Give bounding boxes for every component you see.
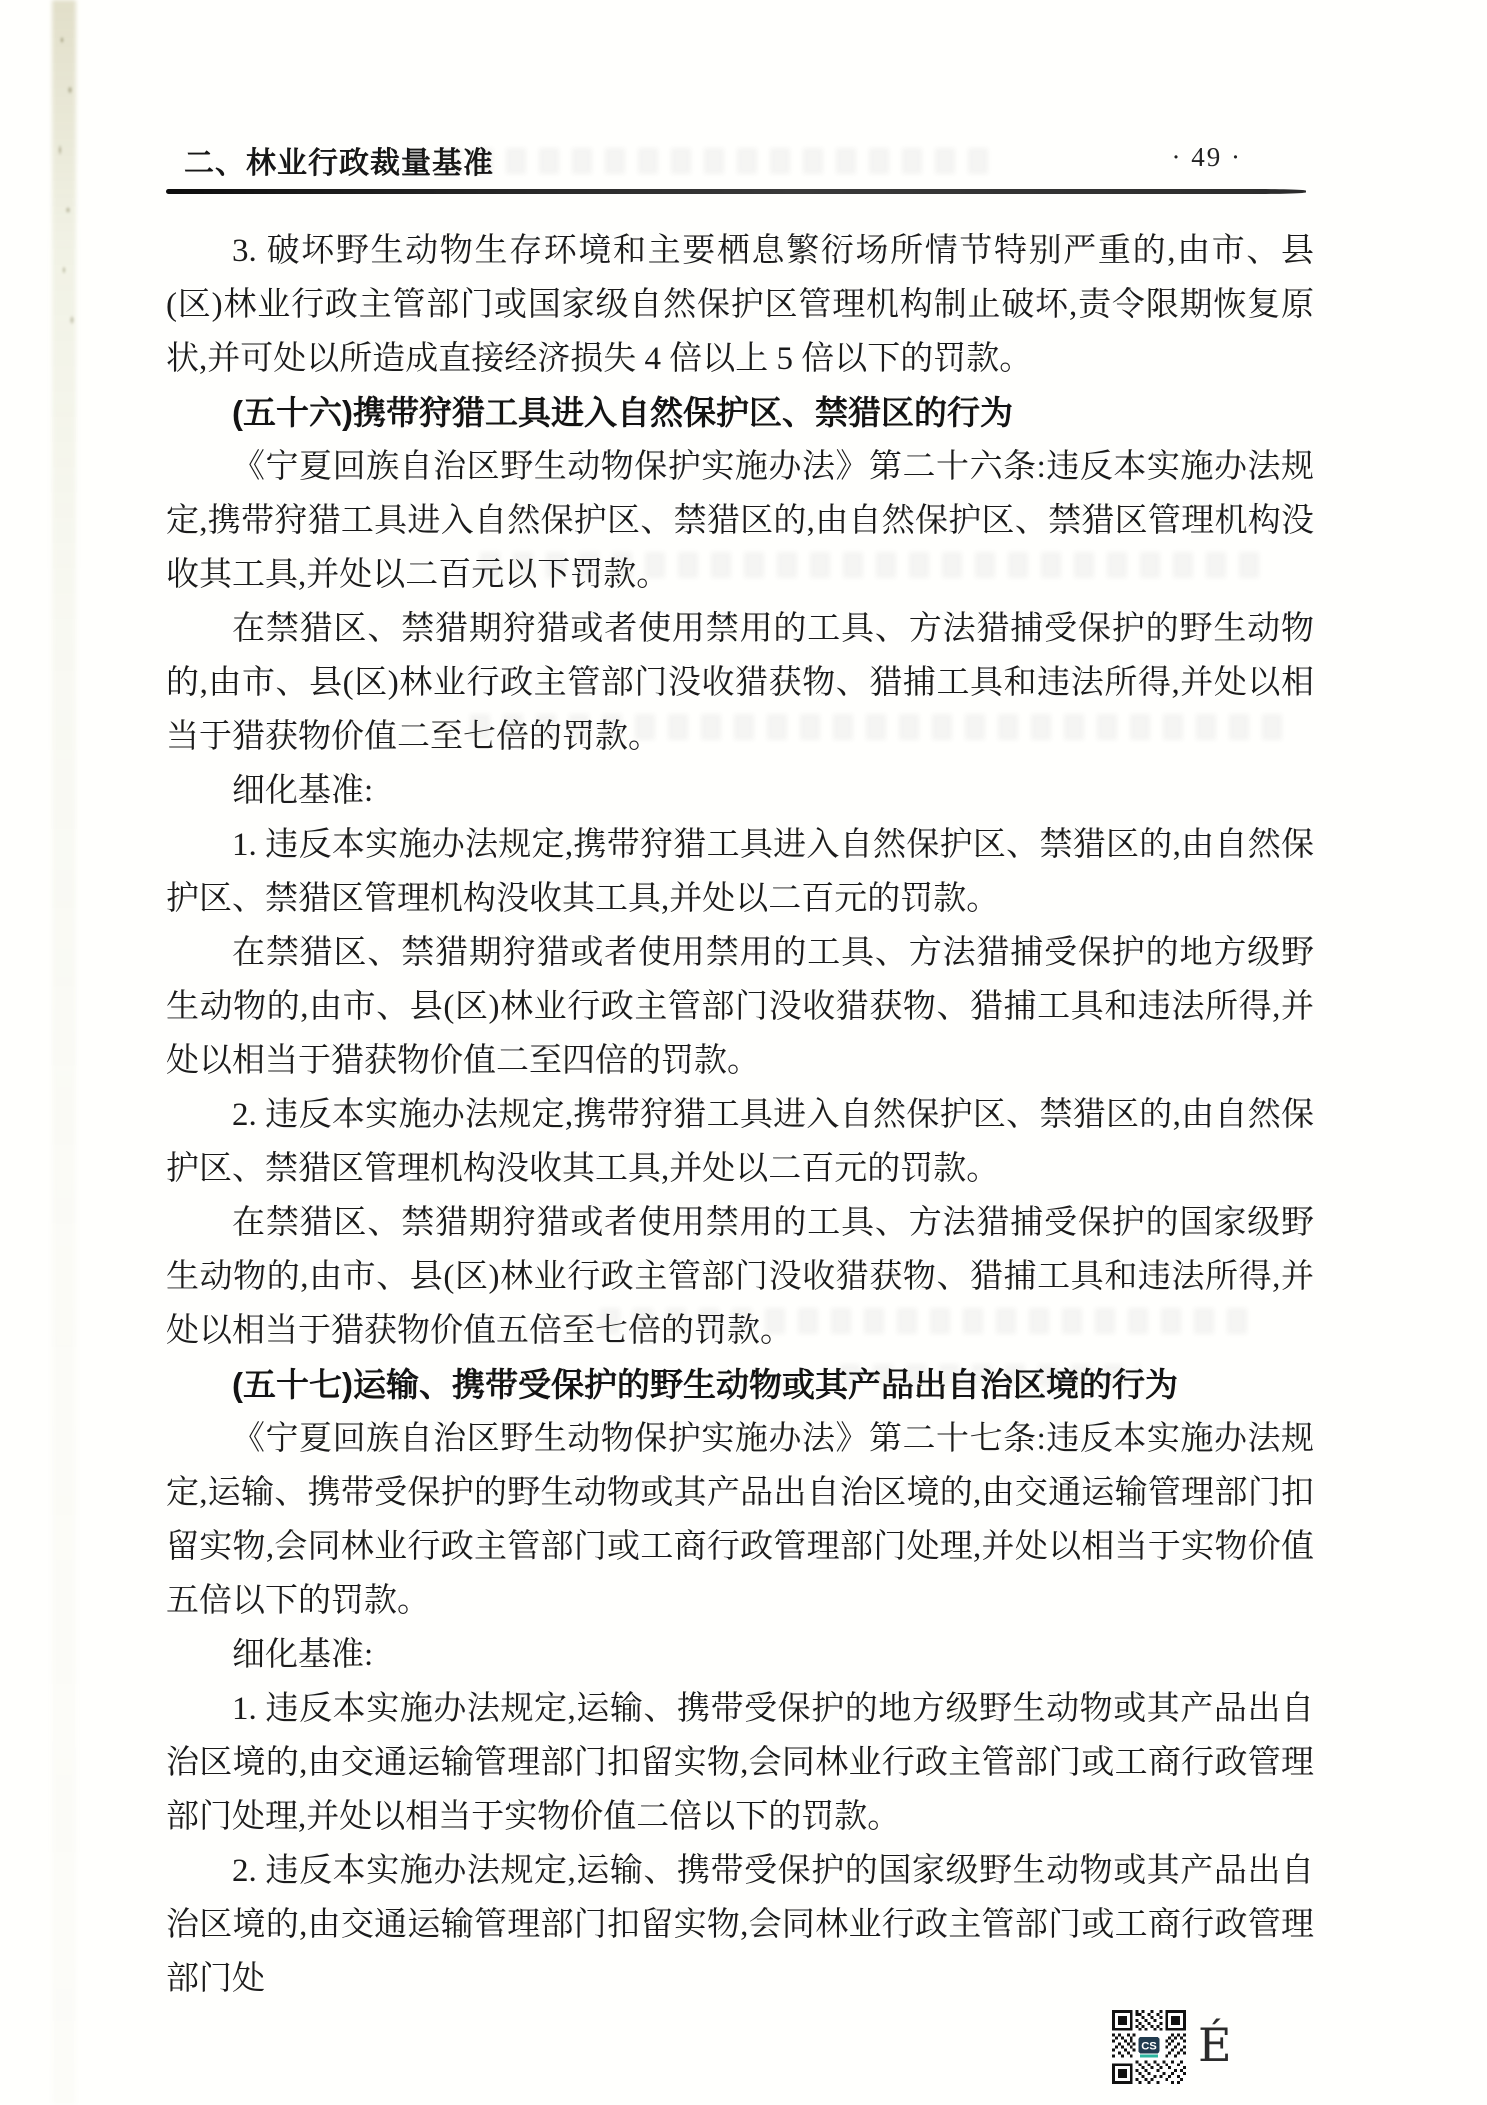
page-body: 3. 破坏野生动物生存环境和主要栖息繁衍场所情节特别严重的,由市、县(区)林业行… bbox=[166, 224, 1314, 2006]
paragraph-regulation-26: 《宁夏回族自治区野生动物保护实施办法》第二十六条:违反本实施办法规定,携带狩猎工… bbox=[166, 440, 1314, 602]
paragraph: 在禁猎区、禁猎期狩猎或者使用禁用的工具、方法猎捕受保护的国家级野生动物的,由市、… bbox=[166, 1196, 1314, 1358]
scan-edge-speckle bbox=[50, 10, 84, 340]
running-header-title: 二、林业行政裁量基准 bbox=[184, 138, 494, 182]
camscanner-logo: CS bbox=[1137, 2035, 1161, 2059]
refinement-label: 细化基准: bbox=[166, 764, 1314, 818]
paragraph-item-3: 3. 破坏野生动物生存环境和主要栖息繁衍场所情节特别严重的,由市、县(区)林业行… bbox=[166, 224, 1314, 386]
section-heading-57: (五十七)运输、携带受保护的野生动物或其产品出自治区境的行为 bbox=[166, 1358, 1314, 1412]
paragraph-item-1: 1. 违反本实施办法规定,运输、携带受保护的地方级野生动物或其产品出自治区境的,… bbox=[166, 1682, 1314, 1844]
paragraph-item-2: 2. 违反本实施办法规定,运输、携带受保护的国家级野生动物或其产品出自治区境的,… bbox=[166, 1844, 1314, 2006]
section-heading-56: (五十六)携带狩猎工具进入自然保护区、禁猎区的行为 bbox=[166, 386, 1314, 440]
paragraph: 在禁猎区、禁猎期狩猎或者使用禁用的工具、方法猎捕受保护的野生动物的,由市、县(区… bbox=[166, 602, 1314, 764]
paragraph-regulation-27: 《宁夏回族自治区野生动物保护实施办法》第二十七条:违反本实施办法规定,运输、携带… bbox=[166, 1412, 1314, 1628]
header-rule bbox=[166, 189, 1306, 194]
page-number: · 49 · bbox=[1172, 142, 1242, 173]
camscanner-qr-code: CS bbox=[1112, 2010, 1186, 2084]
paragraph: 在禁猎区、禁猎期狩猎或者使用禁用的工具、方法猎捕受保护的地方级野生动物的,由市、… bbox=[166, 926, 1314, 1088]
paragraph-item-1: 1. 违反本实施办法规定,携带狩猎工具进入自然保护区、禁猎区的,由自然保护区、禁… bbox=[166, 818, 1314, 926]
qr-logo-text: CS bbox=[1141, 2040, 1157, 2052]
refinement-label: 细化基准: bbox=[166, 1628, 1314, 1682]
running-header: 二、林业行政裁量基准 · 49 · bbox=[166, 138, 1314, 182]
paragraph-item-2: 2. 违反本实施办法规定,携带狩猎工具进入自然保护区、禁猎区的,由自然保护区、禁… bbox=[166, 1088, 1314, 1196]
scanned-page: 二、林业行政裁量基准 · 49 · 3. 破坏野生动物生存环境和主要栖息繁衍场所… bbox=[0, 0, 1487, 2105]
stray-mark: É bbox=[1198, 2018, 1232, 2072]
